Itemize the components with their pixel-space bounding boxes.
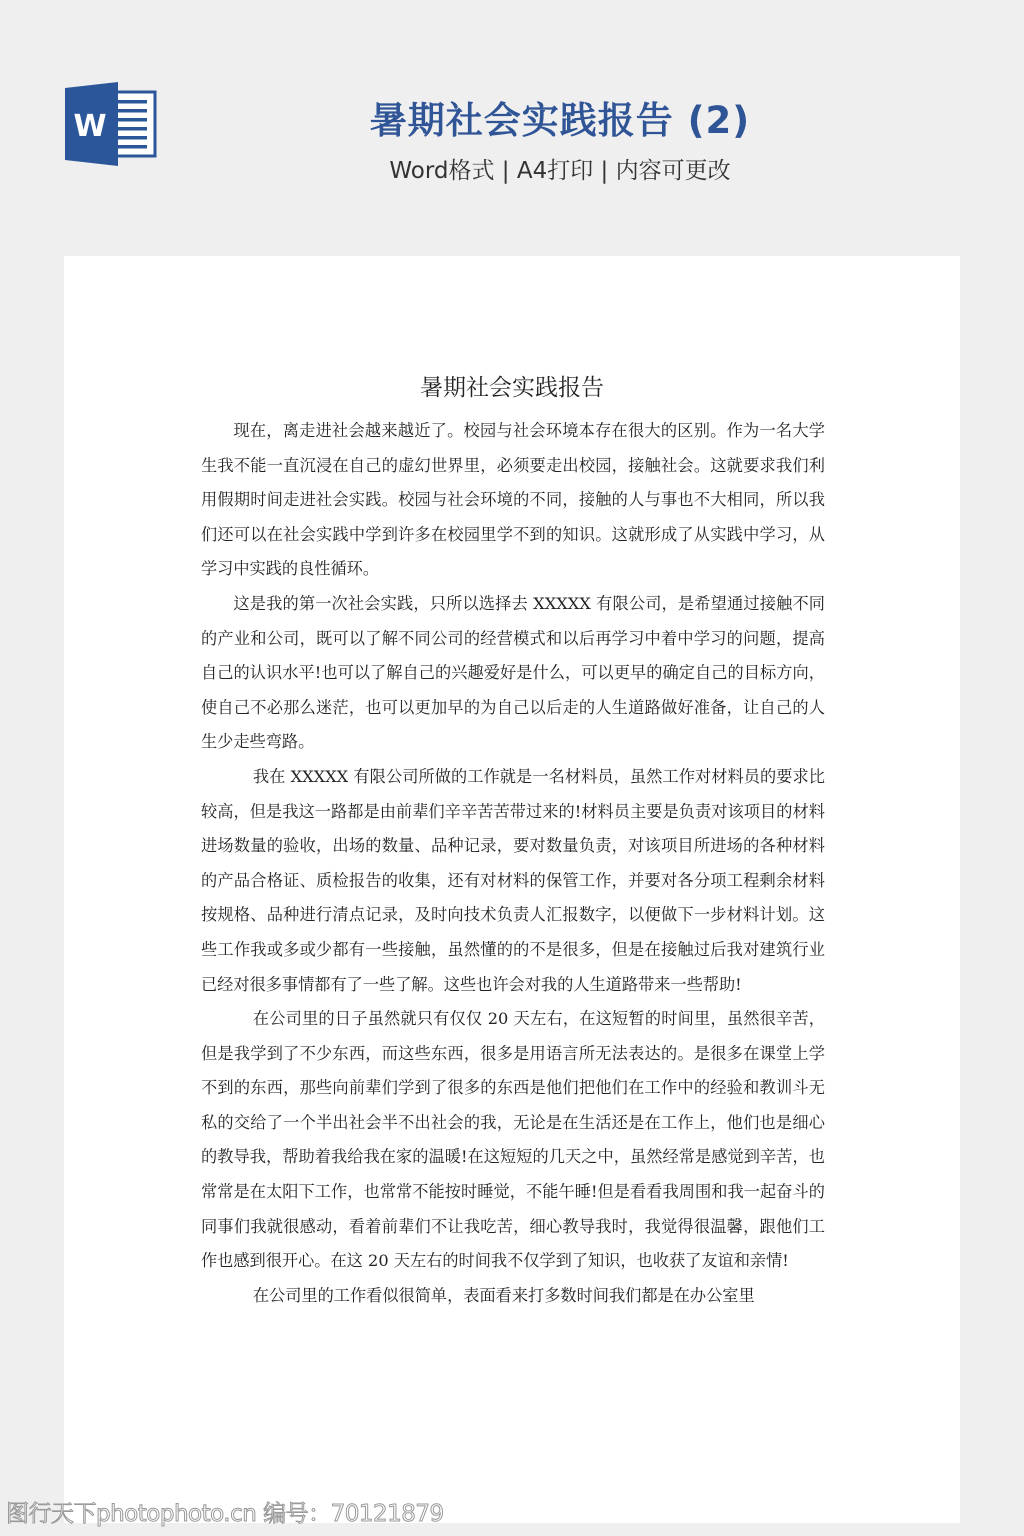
- page-title: 暑期社会实践报告 (2): [300, 90, 820, 144]
- word-icon: W: [65, 82, 157, 166]
- paragraph: 我在 XXXXX 有限公司所做的工作就是一名材料员，虽然工作对材料员的要求比较高…: [201, 760, 825, 1002]
- document-page: 暑期社会实践报告 现在，离走进社会越来越近了。校园与社会环境本存在很大的区别。作…: [64, 256, 960, 1523]
- paragraph: 在公司里的日子虽然就只有仅仅 20 天左右，在这短暂的时间里，虽然很辛苦，但是我…: [201, 1002, 825, 1279]
- paragraph: 这是我的第一次社会实践，只所以选择去 XXXXX 有限公司，是希望通过接触不同的…: [201, 587, 825, 760]
- paragraph: 在公司里的工作看似很简单，表面看来打多数时间我们都是在办公室里: [201, 1279, 825, 1314]
- watermark: 图行天下photophoto.cn 编号：70121879: [6, 1495, 444, 1528]
- svg-text:W: W: [73, 109, 106, 144]
- page-subtitle: Word格式 | A4打印 | 内容可更改: [300, 152, 820, 185]
- document-title: 暑期社会实践报告: [64, 369, 960, 402]
- paragraph: 现在，离走进社会越来越近了。校园与社会环境本存在很大的区别。作为一名大学生我不能…: [201, 414, 825, 587]
- document-body: 现在，离走进社会越来越近了。校园与社会环境本存在很大的区别。作为一名大学生我不能…: [201, 414, 825, 1313]
